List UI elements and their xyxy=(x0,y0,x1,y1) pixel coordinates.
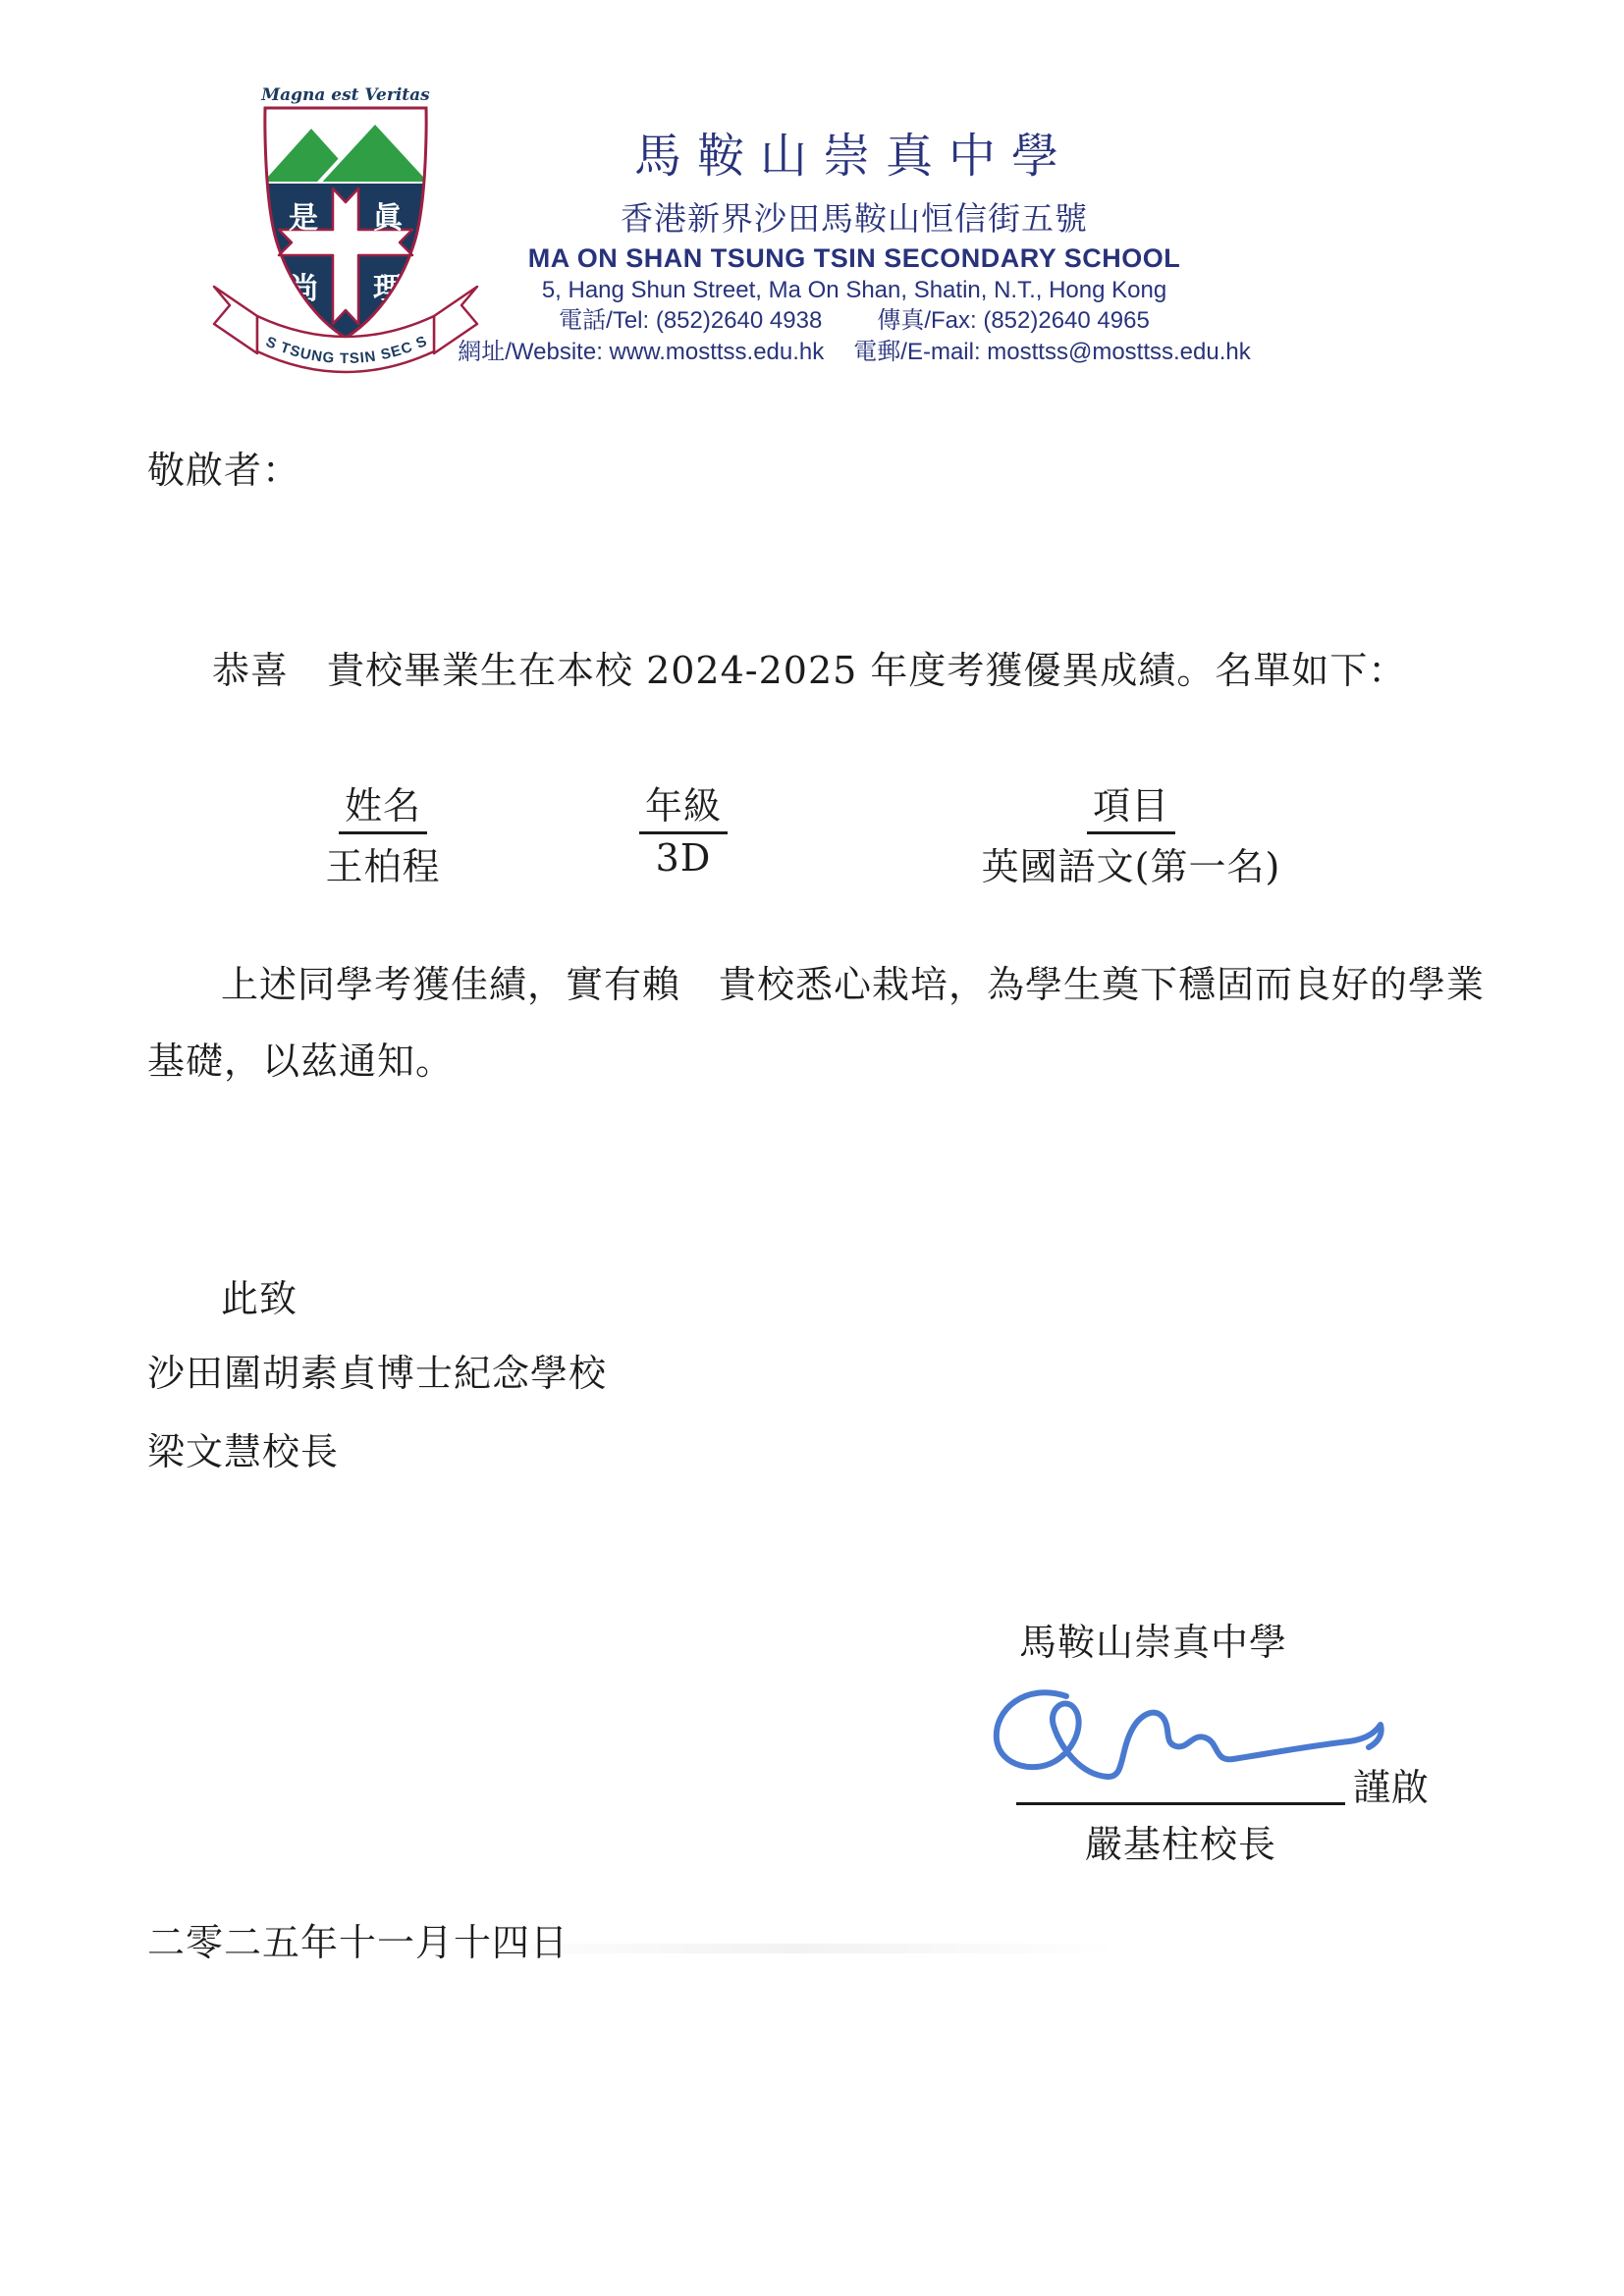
col-header-item: 項目 xyxy=(1087,775,1175,834)
school-name-en: MA ON SHAN TSUNG TSIN SECONDARY SCHOOL xyxy=(412,241,1296,275)
recipient-principal: 梁文慧校長 xyxy=(147,1421,339,1475)
crest-char-2: 眞 xyxy=(373,201,405,236)
col-header-grade: 年級 xyxy=(639,775,728,834)
principal-signature-ink xyxy=(982,1679,1414,1791)
regards-label: 此致 xyxy=(221,1268,298,1322)
signing-principal: 嚴基柱校長 xyxy=(1085,1814,1276,1868)
intro-paragraph: 恭喜 貴校畢業生在本校 2024-2025 年度考獲優異成績。名單如下： xyxy=(147,640,1406,694)
school-address-zh: 香港新界沙田馬鞍山恒信街五號 xyxy=(412,196,1296,241)
signature-school-name: 馬鞍山崇真中學 xyxy=(1019,1612,1287,1666)
website-label: 網址/Website: www.mosttss.edu.hk xyxy=(458,339,824,365)
salutation: 敬啟者： xyxy=(147,440,300,494)
respectfully-label: 謹啟 xyxy=(1353,1757,1430,1811)
web-email-line: 網址/Website: www.mosttss.edu.hk電郵/E-mail:… xyxy=(412,337,1296,368)
phone-fax-line: 電話/Tel: (852)2640 4938傳真/Fax: (852)2640 … xyxy=(412,305,1296,337)
crest-char-4: 理 xyxy=(373,272,403,306)
student-name: 王柏程 xyxy=(265,836,501,890)
closing-paragraph-line1: 上述同學考獲佳績，實有賴 貴校悉心栽培，為學生奠下穩固而良好的學業 xyxy=(147,954,1485,1008)
crest-char-1: 是 xyxy=(289,201,318,236)
letterhead: 馬鞍山崇真中學 香港新界沙田馬鞍山恒信街五號 MA ON SHAN TSUNG … xyxy=(412,126,1296,368)
crest-char-3: 尚 xyxy=(289,272,318,306)
award-item: 英國語文(第一名) xyxy=(935,836,1327,890)
email-label: 電郵/E-mail: mosttss@mosttss.edu.hk xyxy=(853,339,1250,365)
table-row: 王柏程 3D 英國語文(第一名) xyxy=(0,836,1624,895)
recipient-school: 沙田圍胡素貞博士紀念學校 xyxy=(147,1343,607,1397)
letter-page: Magna est Veritas 是 眞 尚 理 MOS TSUNG xyxy=(0,0,1624,2296)
letter-date: 二零二五年十一月十四日 xyxy=(147,1912,568,1966)
school-address-en: 5, Hang Shun Street, Ma On Shan, Shatin,… xyxy=(412,275,1296,305)
crest-motto: Magna est Veritas xyxy=(260,85,430,105)
student-grade: 3D xyxy=(566,836,801,880)
fax-label: 傳真/Fax: (852)2640 4965 xyxy=(877,307,1150,334)
tel-label: 電話/Tel: (852)2640 4938 xyxy=(559,307,822,334)
scan-artifact xyxy=(471,1944,1119,1953)
school-name-zh: 馬鞍山崇真中學 xyxy=(412,126,1296,188)
table-header-row: 姓名 年級 項目 xyxy=(0,775,1624,834)
col-header-name: 姓名 xyxy=(339,775,427,834)
signature-line xyxy=(1016,1802,1345,1805)
closing-paragraph-line2: 基礎，以茲通知。 xyxy=(147,1031,454,1085)
